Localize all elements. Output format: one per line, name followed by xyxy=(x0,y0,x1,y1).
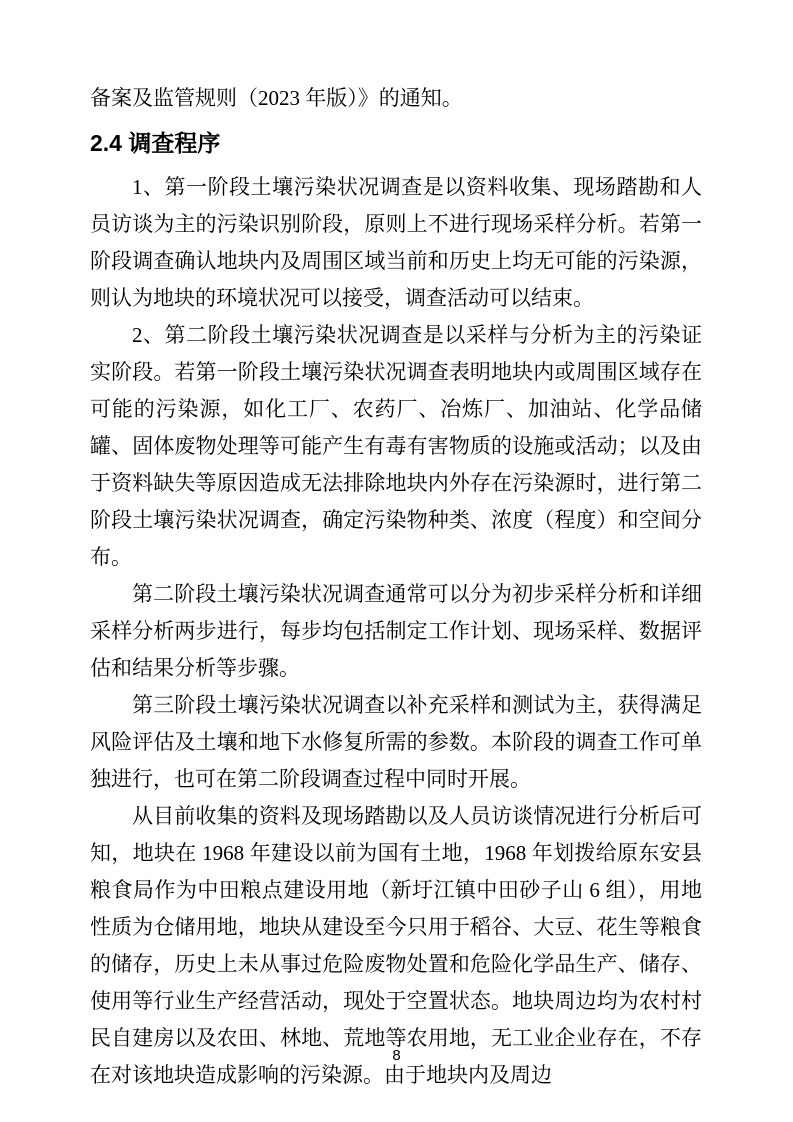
section-heading: 2.4 调查程序 xyxy=(90,124,702,162)
paragraph-phase-two: 2、第二阶段土壤污染状况调查是以采样与分析为主的污染证实阶段。若第一阶段土壤污染… xyxy=(90,317,702,576)
paragraph-phase-three: 第三阶段土壤污染状况调查以补充采样和测试为主，获得满足风险评估及土壤和地下水修复… xyxy=(90,687,702,798)
page-number: 8 xyxy=(0,1046,793,1066)
paragraph-phase-two-steps: 第二阶段土壤污染状况调查通常可以分为初步采样分析和详细采样分析两步进行，每步均包… xyxy=(90,576,702,687)
paragraph-phase-one: 1、第一阶段土壤污染状况调查是以资料收集、现场踏勘和人员访谈为主的污染识别阶段，… xyxy=(90,169,702,317)
paragraph-continuation: 备案及监管规则（2023 年版）》的通知。 xyxy=(90,80,702,117)
document-page: 备案及监管规则（2023 年版）》的通知。 2.4 调查程序 1、第一阶段土壤污… xyxy=(0,0,793,1122)
document-content: 备案及监管规则（2023 年版）》的通知。 2.4 调查程序 1、第一阶段土壤污… xyxy=(90,80,702,1094)
